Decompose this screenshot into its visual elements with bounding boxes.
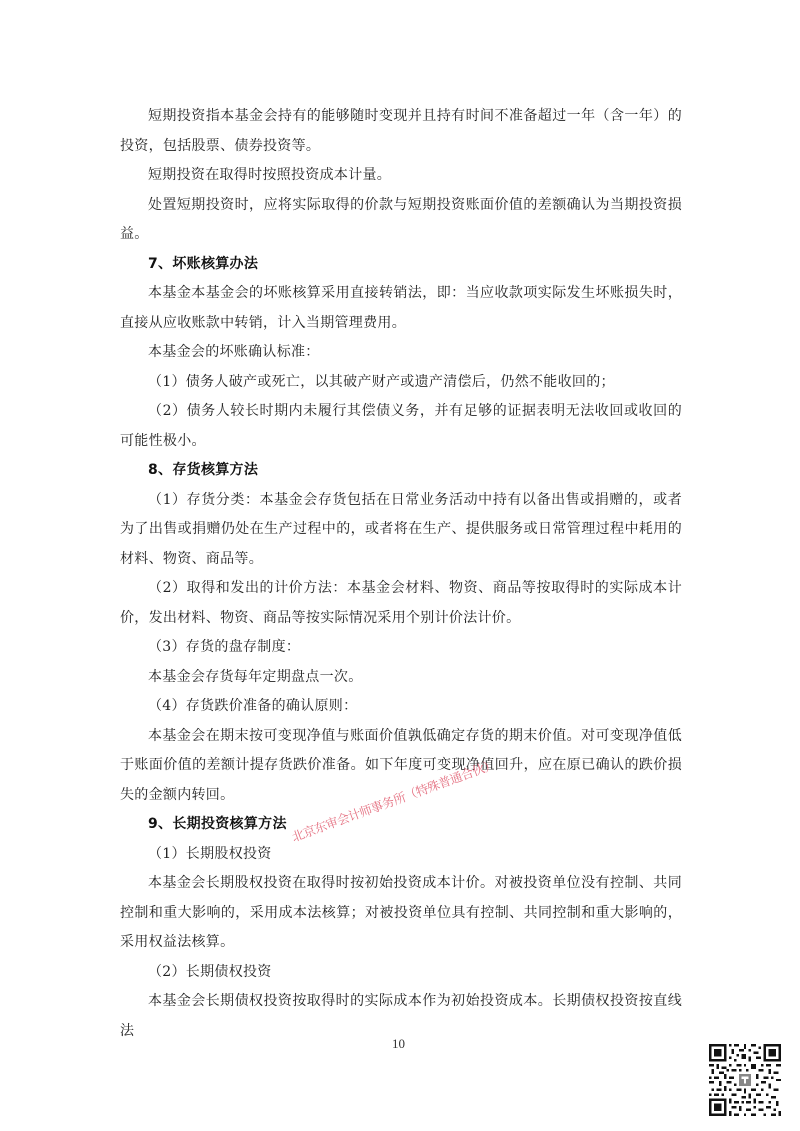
section-heading-bad-debt: 7、坏账核算办法 — [120, 250, 682, 280]
paragraph-short-term-investment-definition: 短期投资指本基金会持有的能够随时变现并且持有时间不准备超过一年（含一年）的投资，… — [120, 102, 682, 161]
qr-code-icon[interactable] — [709, 1044, 781, 1116]
document-body: 短期投资指本基金会持有的能够随时变现并且持有时间不准备超过一年（含一年）的投资，… — [120, 102, 682, 1046]
section-heading-inventory: 8、存货核算方法 — [120, 456, 682, 486]
paragraph-inventory-impairment-principle: （4）存货跌价准备的确认原则： — [120, 692, 682, 722]
paragraph-inventory-classification: （1）存货分类：本基金会存货包括在日常业务活动中持有以备出售或捐赠的，或者为了出… — [120, 486, 682, 575]
paragraph-inventory-count-system: （3）存货的盘存制度： — [120, 633, 682, 663]
paragraph-bad-debt-criterion-1: （1）债务人破产或死亡，以其破产财产或遗产清偿后，仍然不能收回的； — [120, 368, 682, 398]
paragraph-inventory-valuation: （2）取得和发出的计价方法：本基金会材料、物资、商品等按取得时的实际成本计价，发… — [120, 574, 682, 633]
paragraph-bad-debt-method: 本基金本基金会的坏账核算采用直接转销法，即：当应收款项实际发生坏账损失时，直接从… — [120, 279, 682, 338]
paragraph-short-term-investment-measurement: 短期投资在取得时按照投资成本计量。 — [120, 161, 682, 191]
paragraph-short-term-investment-disposal: 处置短期投资时，应将实际取得的价款与短期投资账面价值的差额确认为当期投资损益。 — [120, 191, 682, 250]
paragraph-long-term-debt-title: （2）长期债权投资 — [120, 958, 682, 988]
section-heading-long-term-investment: 9、长期投资核算方法 — [120, 810, 682, 840]
document-page: 短期投资指本基金会持有的能够随时变现并且持有时间不准备超过一年（含一年）的投资，… — [0, 0, 800, 1131]
paragraph-bad-debt-criteria: 本基金会的坏账确认标准： — [120, 338, 682, 368]
paragraph-inventory-count-annual: 本基金会存货每年定期盘点一次。 — [120, 663, 682, 693]
paragraph-long-term-equity-title: （1）长期股权投资 — [120, 840, 682, 870]
paragraph-bad-debt-criterion-2: （2）债务人较长时期内未履行其偿债义务，并有足够的证据表明无法收回或收回的可能性… — [120, 397, 682, 456]
paragraph-long-term-equity-detail: 本基金会长期股权投资在取得时按初始投资成本计价。对被投资单位没有控制、共同控制和… — [120, 869, 682, 958]
page-number: 10 — [392, 1036, 405, 1052]
